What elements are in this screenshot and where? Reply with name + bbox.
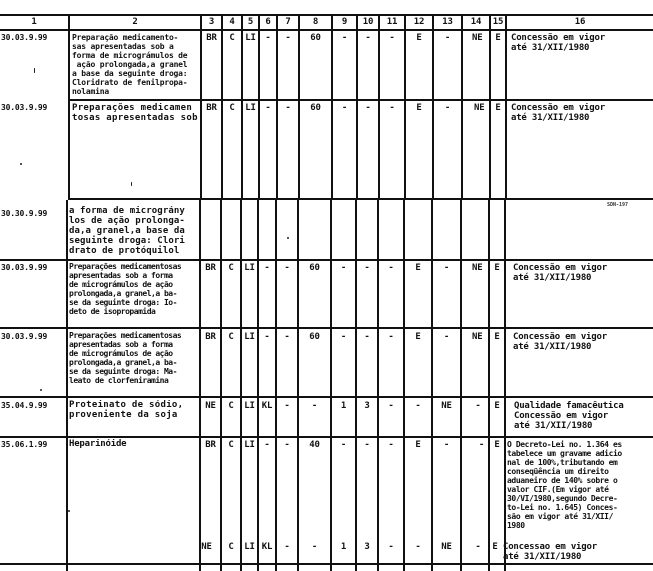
tariff-code: 35.04.9.99 — [1, 401, 67, 411]
cell-col-4: C — [223, 33, 241, 43]
cell-col-14: NE — [472, 332, 488, 342]
cell-col-15: E — [490, 440, 504, 450]
sub-cell-col-4: C — [222, 542, 240, 552]
col-divider — [66, 200, 68, 571]
cell-col-9: - — [332, 263, 355, 273]
remarks: O Decreto-Lei no. 1.364 es tabelece um g… — [507, 440, 653, 530]
cell-col-9: - — [333, 103, 356, 113]
scan-artifact — [20, 163, 22, 165]
cell-col-12: E — [405, 332, 431, 342]
sub-cell-col-13: NE — [433, 542, 460, 552]
cell-col-12: - — [405, 401, 431, 411]
cell-col-14: NE — [472, 263, 488, 273]
item-description: Heparinóide — [69, 439, 199, 449]
tariff-code: 30.03.9.99 — [1, 103, 67, 113]
rule-row6-bottom — [0, 436, 653, 438]
item-description: Preparação medicamento- sas apresentadas… — [72, 33, 200, 96]
rule-row4-bottom — [0, 327, 653, 329]
header-col-9: 9 — [333, 17, 356, 27]
col-divider — [297, 200, 299, 571]
item-description: Preparações medicamentosas apresentadas … — [69, 262, 199, 316]
sub-cell-col-14: - — [468, 542, 488, 552]
cell-col-11: - — [380, 33, 404, 43]
cell-col-5: LI — [243, 33, 258, 43]
col-divider — [68, 14, 70, 199]
cell-col-4: C — [222, 440, 240, 450]
cell-col-13: - — [434, 33, 461, 43]
cell-col-6: - — [259, 263, 275, 273]
header-col-5: 5 — [243, 17, 258, 27]
cell-col-3: NE — [201, 401, 220, 411]
item-description: Proteinato de sódio, proveniente da soja — [69, 400, 199, 420]
cell-col-12: E — [405, 263, 431, 273]
cell-col-3: BR — [202, 33, 221, 43]
page-stamp: SDN-197 — [607, 202, 628, 208]
col-divider — [505, 14, 507, 199]
sub-cell-col-7: - — [277, 542, 297, 552]
cell-col-9: - — [333, 33, 356, 43]
tariff-code: 30.03.9.99 — [1, 332, 67, 342]
cell-col-6: - — [259, 440, 275, 450]
cell-col-8: - — [299, 401, 330, 411]
cell-col-11: - — [379, 332, 403, 342]
cell-col-7: - — [278, 103, 298, 113]
cell-col-13: - — [433, 440, 460, 450]
remarks: Concessão em vigor até 31/XII/1980 — [513, 332, 653, 352]
col-divider — [275, 200, 277, 571]
header-col-7: 7 — [278, 17, 298, 27]
tariff-code: 30.03.9.99 — [1, 33, 67, 43]
rule-row3-bottom — [0, 259, 653, 261]
col-divider — [377, 200, 379, 571]
sub-cell-col-15: E — [488, 542, 502, 552]
item-description: a forma de micrográny los de ação prolon… — [69, 206, 199, 256]
cell-col-4: C — [222, 332, 240, 342]
col-divider — [460, 200, 462, 571]
rule-top — [0, 14, 653, 16]
cell-col-12: E — [405, 440, 431, 450]
cell-col-13: - — [433, 263, 460, 273]
col-divider — [257, 200, 259, 571]
item-description: Preparações medicamentosas apresentadas … — [69, 331, 199, 385]
scan-artifact — [131, 182, 132, 186]
remarks: Concessão em vigor até 31/XII/1980 — [513, 263, 653, 283]
col-divider — [240, 200, 242, 571]
cell-col-6: - — [260, 103, 276, 113]
sub-cell-col-12: - — [405, 542, 431, 552]
cell-col-10: - — [358, 103, 378, 113]
cell-col-14: NE — [474, 103, 489, 113]
header-col-2: 2 — [70, 17, 200, 27]
cell-col-15: E — [491, 33, 505, 43]
scan-artifact — [40, 389, 42, 391]
cell-col-8: 40 — [299, 440, 330, 450]
cell-col-7: - — [277, 332, 297, 342]
scan-artifact — [68, 510, 70, 512]
cell-col-5: LI — [242, 263, 257, 273]
sub-cell-col-11: - — [379, 542, 403, 552]
cell-col-8: 60 — [300, 33, 331, 43]
cell-col-13: - — [434, 103, 461, 113]
cell-col-3: BR — [201, 263, 220, 273]
sub-cell-col-10: 3 — [357, 542, 377, 552]
cell-col-4: C — [222, 401, 240, 411]
header-col-11: 11 — [380, 17, 404, 27]
header-col-15: 15 — [491, 17, 505, 27]
rule-row5-bottom — [0, 396, 653, 398]
cell-col-12: E — [406, 103, 432, 113]
sub-cell-col-3: NE — [197, 542, 216, 552]
tariff-table-page: 1 2 3 4 5 6 7 8 9 10 11 12 13 14 15 16 3… — [0, 0, 653, 571]
cell-col-4: C — [222, 263, 240, 273]
sub-cell-col-6: KL — [259, 542, 275, 552]
cell-col-15: E — [490, 263, 504, 273]
header-col-14: 14 — [463, 17, 489, 27]
header-col-16: 16 — [507, 17, 653, 27]
cell-col-9: - — [332, 440, 355, 450]
cell-col-8: 60 — [300, 103, 331, 113]
cell-col-10: - — [357, 263, 377, 273]
rule-row1-bottom — [68, 99, 653, 101]
cell-col-15: E — [490, 401, 504, 411]
rule-row7-bottom — [0, 563, 653, 565]
sub-remarks: Concessao em vigor até 31/XII/1980 — [503, 542, 653, 562]
cell-col-10: 3 — [357, 401, 377, 411]
col-divider — [330, 200, 332, 571]
tariff-code: 35.06.1.99 — [1, 440, 67, 450]
cell-col-11: - — [380, 103, 404, 113]
header-col-12: 12 — [406, 17, 432, 27]
tariff-code: 30.30.9.99 — [1, 209, 67, 219]
remarks: Concessão em vigor até 31/XII/1980 — [511, 103, 653, 123]
remarks: Qualidade famacêutica Concessão em vigor… — [514, 401, 653, 431]
cell-col-15: E — [490, 332, 504, 342]
cell-col-7: - — [277, 263, 297, 273]
cell-col-5: LI — [242, 401, 257, 411]
col-divider — [403, 200, 405, 571]
col-divider — [355, 200, 357, 571]
header-col-6: 6 — [260, 17, 276, 27]
cell-col-11: - — [379, 440, 403, 450]
cell-col-7: - — [278, 33, 298, 43]
cell-col-8: 60 — [299, 332, 330, 342]
cell-col-13: - — [433, 332, 460, 342]
cell-col-4: C — [223, 103, 241, 113]
cell-col-5: LI — [242, 332, 257, 342]
col-divider — [461, 14, 463, 199]
sub-cell-col-8: - — [299, 542, 330, 552]
cell-col-3: BR — [201, 332, 220, 342]
cell-col-14: - — [475, 440, 488, 450]
header-col-8: 8 — [300, 17, 331, 27]
header-col-1: 1 — [0, 17, 68, 27]
header-col-3: 3 — [202, 17, 221, 27]
col-divider — [199, 200, 201, 571]
cell-col-10: - — [357, 440, 377, 450]
col-divider — [431, 200, 433, 571]
col-divider — [504, 200, 506, 571]
cell-col-8: 60 — [299, 263, 330, 273]
cell-col-5: LI — [243, 103, 258, 113]
cell-col-7: - — [277, 440, 297, 450]
sub-cell-col-5: LI — [242, 542, 257, 552]
cell-col-14: NE — [472, 33, 489, 43]
cell-col-3: BR — [202, 103, 221, 113]
cell-col-6: - — [259, 332, 275, 342]
cell-col-10: - — [357, 332, 377, 342]
cell-col-5: LI — [242, 440, 257, 450]
cell-col-10: - — [358, 33, 378, 43]
cell-col-9: - — [332, 332, 355, 342]
scan-artifact — [34, 68, 35, 73]
col-divider — [220, 200, 222, 571]
item-description: Preparações medicamen tosas apresentadas… — [72, 103, 200, 123]
header-col-10: 10 — [358, 17, 378, 27]
scan-artifact — [287, 237, 289, 239]
cell-col-6: - — [260, 33, 276, 43]
header-col-13: 13 — [434, 17, 461, 27]
cell-col-12: E — [406, 33, 432, 43]
rule-row2-bottom — [68, 198, 653, 200]
tariff-code: 30.03.9.99 — [1, 263, 67, 273]
cell-col-13: NE — [433, 401, 460, 411]
cell-col-15: E — [491, 103, 505, 113]
cell-col-6: KL — [259, 401, 275, 411]
cell-col-14: - — [468, 401, 488, 411]
remarks: Concessão em vigor até 31/XII/1980 — [511, 33, 653, 53]
cell-col-7: - — [277, 401, 297, 411]
cell-col-9: 1 — [332, 401, 355, 411]
cell-col-11: - — [379, 263, 403, 273]
sub-cell-col-9: 1 — [332, 542, 355, 552]
cell-col-3: BR — [201, 440, 220, 450]
col-divider — [488, 200, 490, 571]
cell-col-11: - — [379, 401, 403, 411]
rule-header-bottom — [0, 29, 653, 31]
header-col-4: 4 — [223, 17, 241, 27]
